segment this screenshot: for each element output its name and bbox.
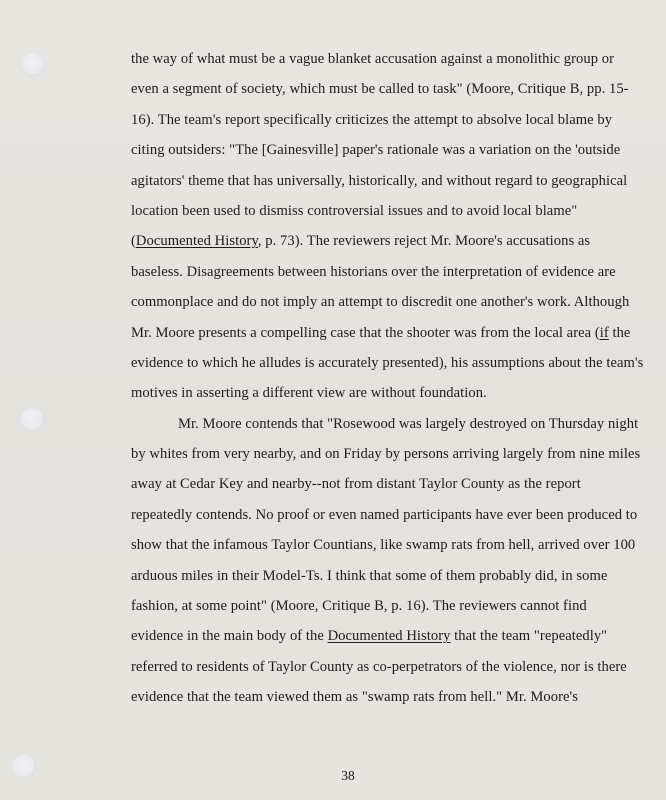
text-line: the way of what must be a vague blanket … xyxy=(131,44,611,74)
text-run: location been used to dismiss controvers… xyxy=(131,203,577,219)
text-run: 16). The team's report specifically crit… xyxy=(131,112,612,128)
scanned-page: the way of what must be a vague blanket … xyxy=(0,0,666,800)
text-line: baseless. Disagreements between historia… xyxy=(131,257,611,287)
text-run: the way of what must be a vague blanket … xyxy=(131,51,614,67)
text-run: away at Cedar Key and nearby--not from d… xyxy=(131,476,581,492)
text-line: citing outsiders: "The [Gainesville] pap… xyxy=(131,135,611,165)
text-run: commonplace and do not imply an attempt … xyxy=(131,294,629,310)
text-line: referred to residents of Taylor County a… xyxy=(131,652,611,682)
text-run: evidence that the team viewed them as "s… xyxy=(131,689,578,705)
underlined-title: Documented History xyxy=(328,628,451,644)
text-line: location been used to dismiss controvers… xyxy=(131,196,611,226)
text-run: citing outsiders: "The [Gainesville] pap… xyxy=(131,142,620,158)
text-line: commonplace and do not imply an attempt … xyxy=(131,287,611,317)
underlined-title: Documented History xyxy=(136,233,258,249)
text-run: by whites from very nearby, and on Frida… xyxy=(131,446,640,462)
text-run: agitators' theme that has universally, h… xyxy=(131,173,627,189)
text-run: repeatedly contends. No proof or even na… xyxy=(131,507,637,523)
text-line: agitators' theme that has universally, h… xyxy=(131,166,611,196)
text-run: motives in asserting a different view ar… xyxy=(131,385,487,401)
punch-hole-top xyxy=(21,52,45,76)
text-run: arduous miles in their Model-Ts. I think… xyxy=(131,568,607,584)
text-line: away at Cedar Key and nearby--not from d… xyxy=(131,469,611,499)
text-line: 16). The team's report specifically crit… xyxy=(131,105,611,135)
text-line: evidence that the team viewed them as "s… xyxy=(131,682,611,712)
text-line: (Documented History, p. 73). The reviewe… xyxy=(131,226,611,256)
text-line: repeatedly contends. No proof or even na… xyxy=(131,500,611,530)
punch-hole-middle xyxy=(20,407,44,431)
text-line: evidence in the main body of the Documen… xyxy=(131,621,611,651)
text-run: referred to residents of Taylor County a… xyxy=(131,659,627,675)
text-run: baseless. Disagreements between historia… xyxy=(131,264,616,280)
text-line: even a segment of society, which must be… xyxy=(131,74,611,104)
text-run: that the team "repeatedly" xyxy=(450,628,607,644)
text-line: by whites from very nearby, and on Frida… xyxy=(131,439,611,469)
text-run: show that the infamous Taylor Countians,… xyxy=(131,537,635,553)
text-run: evidence to which he alludes is accurate… xyxy=(131,355,643,371)
text-run: Mr. Moore contends that "Rosewood was la… xyxy=(178,416,638,432)
paragraph-start-line: Mr. Moore contends that "Rosewood was la… xyxy=(131,409,611,439)
body-text: the way of what must be a vague blanket … xyxy=(131,44,611,713)
text-line: fashion, at some point" (Moore, Critique… xyxy=(131,591,611,621)
text-run: even a segment of society, which must be… xyxy=(131,81,629,97)
page-number: 38 xyxy=(0,768,666,784)
text-run: Mr. Moore presents a compelling case tha… xyxy=(131,325,600,341)
text-line: evidence to which he alludes is accurate… xyxy=(131,348,611,378)
text-run: fashion, at some point" (Moore, Critique… xyxy=(131,598,587,614)
text-line: show that the infamous Taylor Countians,… xyxy=(131,530,611,560)
text-line: Mr. Moore presents a compelling case tha… xyxy=(131,318,611,348)
text-line: arduous miles in their Model-Ts. I think… xyxy=(131,561,611,591)
text-run: , p. 73). The reviewers reject Mr. Moore… xyxy=(258,233,590,249)
text-line: motives in asserting a different view ar… xyxy=(131,378,611,408)
underlined-title: if xyxy=(600,325,609,341)
text-run: the xyxy=(609,325,631,341)
text-run: evidence in the main body of the xyxy=(131,628,328,644)
